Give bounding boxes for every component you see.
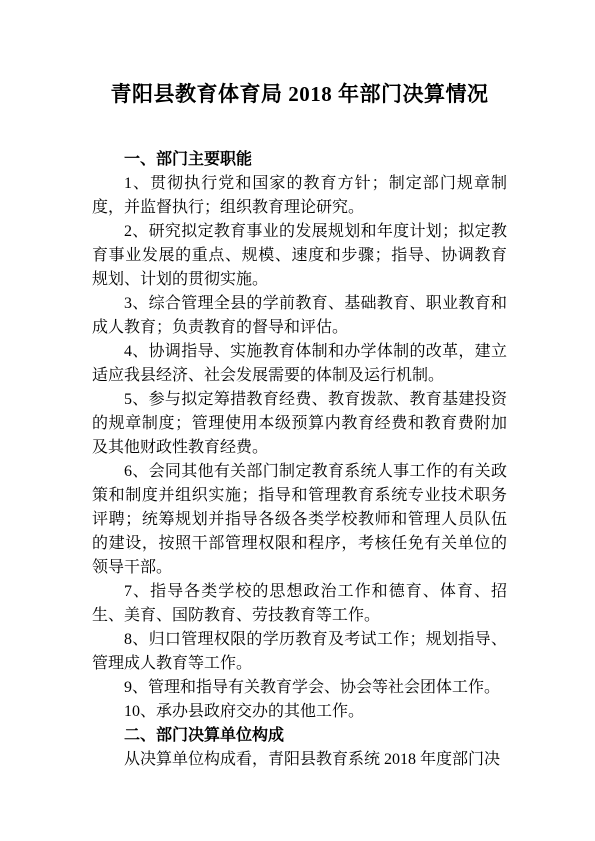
section-heading-main-duties: 一、部门主要职能 <box>92 148 507 172</box>
paragraph-duty-6: 6、会同其他有关部门制定教育系统人事工作的有关政策和制度并组织实施；指导和管理教… <box>92 460 507 580</box>
paragraph-duty-7: 7、指导各类学校的思想政治工作和德育、体育、招生、美育、国防教育、劳技教育等工作… <box>92 580 507 628</box>
paragraph-duty-10: 10、承办县政府交办的其他工作。 <box>92 700 507 724</box>
paragraph-duty-3: 3、综合管理全县的学前教育、基础教育、职业教育和成人教育；负责教育的督导和评估。 <box>92 292 507 340</box>
document-page: 青阳县教育体育局 2018 年部门决算情况 一、部门主要职能 1、贯彻执行党和国… <box>0 0 595 841</box>
section-heading-unit-composition: 二、部门决算单位构成 <box>92 724 507 748</box>
paragraph-duty-2: 2、研究拟定教育事业的发展规划和年度计划；拟定教育事业发展的重点、规模、速度和步… <box>92 220 507 292</box>
paragraph-unit-composition-intro: 从决算单位构成看，青阳县教育系统 2018 年度部门决 <box>92 748 507 772</box>
paragraph-duty-4: 4、协调指导、实施教育体制和办学体制的改革，建立适应我县经济、社会发展需要的体制… <box>92 340 507 388</box>
paragraph-duty-1: 1、贯彻执行党和国家的教育方针；制定部门规章制度，并监督执行；组织教育理论研究。 <box>92 172 507 220</box>
paragraph-duty-5: 5、参与拟定筹措教育经费、教育拨款、教育基建投资的规章制度；管理使用本级预算内教… <box>92 388 507 460</box>
paragraph-duty-8: 8、归口管理权限的学历教育及考试工作；规划指导、管理成人教育等工作。 <box>92 628 507 676</box>
paragraph-duty-9: 9、管理和指导有关教育学会、协会等社会团体工作。 <box>92 676 507 700</box>
document-title: 青阳县教育体育局 2018 年部门决算情况 <box>92 80 507 108</box>
document-body: 一、部门主要职能 1、贯彻执行党和国家的教育方针；制定部门规章制度，并监督执行；… <box>92 148 507 772</box>
